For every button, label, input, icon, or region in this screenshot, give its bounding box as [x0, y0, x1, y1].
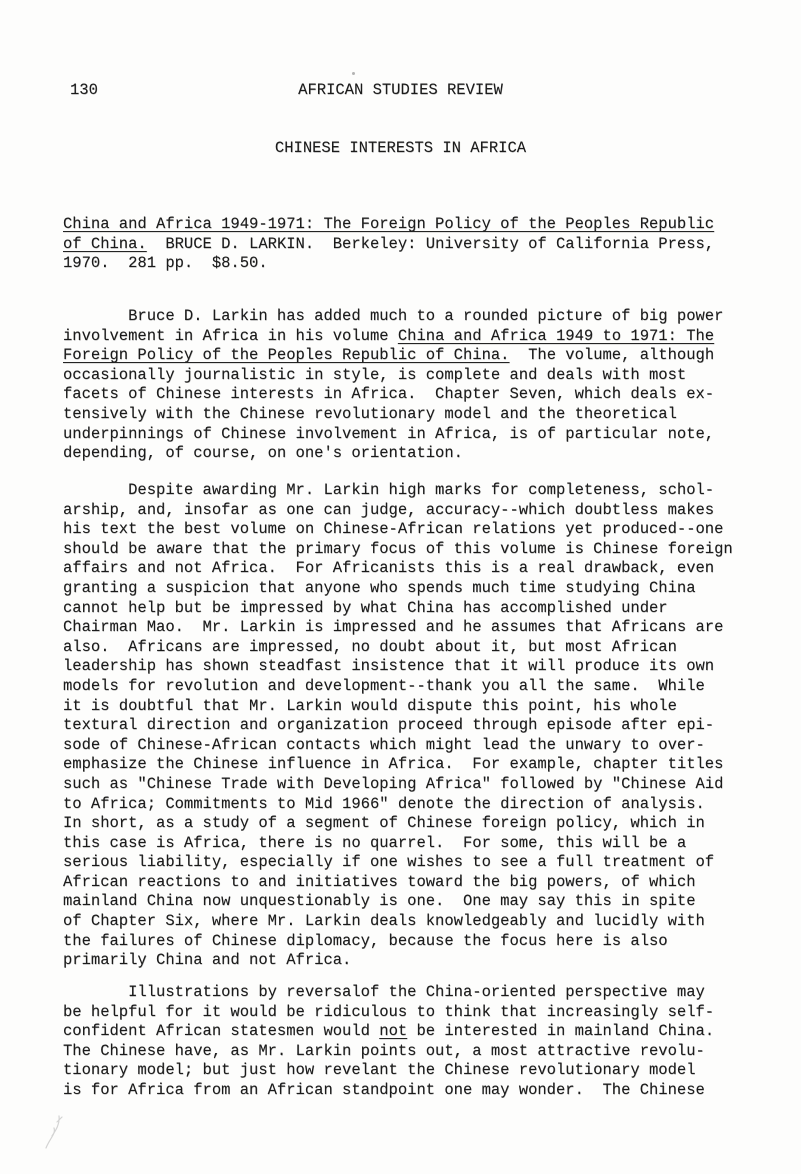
- text-segment: The volume, although: [509, 346, 714, 364]
- text-line: affairs and not Africa. For Africanists …: [63, 559, 733, 579]
- text-line: also. Africans are impressed, no doubt a…: [63, 638, 733, 658]
- text-line: such as "Chinese Trade with Developing A…: [63, 775, 733, 795]
- text-segment: In short, as a study of a segment of Chi…: [63, 814, 705, 832]
- text-segment: facets of Chinese interests in Africa. C…: [63, 385, 714, 403]
- text-line: this case is Africa, there is no quarrel…: [63, 834, 733, 854]
- text-line: underpinnings of Chinese involvement in …: [63, 425, 723, 445]
- journal-header: AFRICAN STUDIES REVIEW: [0, 81, 801, 101]
- text-line: of China. BRUCE D. LARKIN. Berkeley: Uni…: [63, 235, 714, 255]
- text-line: primarily China and not Africa.: [63, 951, 733, 971]
- text-line: serious liability, especially if one wis…: [63, 853, 733, 873]
- text-line: it is doubtful that Mr. Larkin would dis…: [63, 697, 733, 717]
- text-line: sode of Chinese-African contacts which m…: [63, 736, 733, 756]
- text-line: Foreign Policy of the Peoples Republic o…: [63, 346, 723, 366]
- text-line: In short, as a study of a segment of Chi…: [63, 814, 733, 834]
- text-segment: Bruce D. Larkin has added much to a roun…: [63, 307, 723, 325]
- text-segment: such as "Chinese Trade with Developing A…: [63, 775, 723, 793]
- text-segment: affairs and not Africa. For Africanists …: [63, 559, 714, 577]
- text-line: Illustrations by reversalof the China-or…: [63, 983, 714, 1003]
- text-line: 1970. 281 pp. $8.50.: [63, 254, 714, 274]
- text-segment: granting a suspicion that anyone who spe…: [63, 579, 696, 597]
- text-segment: should be aware that the primary focus o…: [63, 540, 733, 558]
- text-segment: tionary model; but just how revelant the…: [63, 1061, 696, 1079]
- text-line: China and Africa 1949-1971: The Foreign …: [63, 215, 714, 235]
- text-segment: emphasize the Chinese influence in Afric…: [63, 755, 723, 773]
- text-segment: 1970. 281 pp. $8.50.: [63, 254, 268, 272]
- text-segment: also. Africans are impressed, no doubt a…: [63, 638, 677, 656]
- text-line: granting a suspicion that anyone who spe…: [63, 579, 733, 599]
- review-paragraph-1: Bruce D. Larkin has added much to a roun…: [63, 307, 723, 464]
- text-segment: leadership has shown steadfast insistenc…: [63, 657, 714, 675]
- text-line: tensively with the Chinese revolutionary…: [63, 405, 723, 425]
- text-segment: Illustrations by reversalof the China-or…: [63, 983, 705, 1001]
- text-line: emphasize the Chinese influence in Afric…: [63, 755, 733, 775]
- review-paragraph-2: Despite awarding Mr. Larkin high marks f…: [63, 481, 733, 971]
- text-line: Despite awarding Mr. Larkin high marks f…: [63, 481, 733, 501]
- text-segment: sode of Chinese-African contacts which m…: [63, 736, 705, 754]
- article-title: CHINESE INTERESTS IN AFRICA: [0, 139, 801, 159]
- underlined-text: China and Africa 1949 to 1971: The: [398, 327, 714, 345]
- text-line: facets of Chinese interests in Africa. C…: [63, 385, 723, 405]
- text-line: tionary model; but just how revelant the…: [63, 1061, 714, 1081]
- text-segment: primarily China and not Africa.: [63, 951, 351, 969]
- underlined-text: of China.: [63, 235, 147, 253]
- text-line: his text the best volume on Chinese-Afri…: [63, 520, 733, 540]
- text-line: confident African statesmen would not be…: [63, 1022, 714, 1042]
- text-line: leadership has shown steadfast insistenc…: [63, 657, 733, 677]
- text-segment: models for revolution and development--t…: [63, 677, 705, 695]
- text-line: to Africa; Commitments to Mid 1966" deno…: [63, 795, 733, 815]
- text-line: models for revolution and development--t…: [63, 677, 733, 697]
- text-segment: be helpful for it would be ridiculous to…: [63, 1003, 714, 1021]
- text-segment: Despite awarding Mr. Larkin high marks f…: [63, 481, 714, 499]
- text-segment: The Chinese have, as Mr. Larkin points o…: [63, 1042, 705, 1060]
- text-segment: it is doubtful that Mr. Larkin would dis…: [63, 697, 677, 715]
- text-line: is for Africa from an African standpoint…: [63, 1081, 714, 1101]
- book-citation-block: China and Africa 1949-1971: The Foreign …: [63, 215, 714, 274]
- text-segment: cannot help but be impressed by what Chi…: [63, 599, 668, 617]
- text-line: of Chapter Six, where Mr. Larkin deals k…: [63, 912, 733, 932]
- text-segment: his text the best volume on Chinese-Afri…: [63, 520, 723, 538]
- text-line: should be aware that the primary focus o…: [63, 540, 733, 560]
- underlined-text: Foreign Policy of the Peoples Republic o…: [63, 346, 509, 364]
- text-line: depending, of course, on one's orientati…: [63, 444, 723, 464]
- text-segment: to Africa; Commitments to Mid 1966" deno…: [63, 795, 705, 813]
- text-segment: confident African statesmen would: [63, 1022, 379, 1040]
- text-segment: underpinnings of Chinese involvement in …: [63, 425, 714, 443]
- text-line: Chairman Mao. Mr. Larkin is impressed an…: [63, 618, 733, 638]
- underlined-text: not: [379, 1022, 407, 1040]
- text-segment: mainland China now unquestionably is one…: [63, 892, 696, 910]
- scanned-journal-page: 130 AFRICAN STUDIES REVIEW CHINESE INTER…: [0, 0, 801, 1174]
- page-header: 130 AFRICAN STUDIES REVIEW: [0, 81, 801, 101]
- text-segment: of Chapter Six, where Mr. Larkin deals k…: [63, 912, 705, 930]
- text-line: Bruce D. Larkin has added much to a roun…: [63, 307, 723, 327]
- text-segment: depending, of course, on one's orientati…: [63, 444, 463, 462]
- review-paragraph-3: Illustrations by reversalof the China-or…: [63, 983, 714, 1101]
- text-line: textural direction and organization proc…: [63, 716, 733, 736]
- text-segment: serious liability, especially if one wis…: [63, 853, 714, 871]
- text-segment: Chairman Mao. Mr. Larkin is impressed an…: [63, 618, 723, 636]
- text-segment: occasionally journalistic in style, is c…: [63, 366, 686, 384]
- text-line: African reactions to and initiatives tow…: [63, 873, 733, 893]
- text-line: involvement in Africa in his volume Chin…: [63, 327, 723, 347]
- underlined-text: China and Africa 1949-1971: The Foreign …: [63, 215, 714, 233]
- text-segment: textural direction and organization proc…: [63, 716, 714, 734]
- text-line: the failures of Chinese diplomacy, becau…: [63, 932, 733, 952]
- text-segment: be interested in mainland China.: [407, 1022, 714, 1040]
- text-line: arship, and, insofar as one can judge, a…: [63, 501, 733, 521]
- text-line: occasionally journalistic in style, is c…: [63, 366, 723, 386]
- text-segment: tensively with the Chinese revolutionary…: [63, 405, 677, 423]
- text-line: mainland China now unquestionably is one…: [63, 892, 733, 912]
- scan-speck: [352, 72, 355, 75]
- text-line: cannot help but be impressed by what Chi…: [63, 599, 733, 619]
- text-line: The Chinese have, as Mr. Larkin points o…: [63, 1042, 714, 1062]
- text-segment: is for Africa from an African standpoint…: [63, 1081, 705, 1099]
- text-segment: involvement in Africa in his volume: [63, 327, 398, 345]
- text-segment: this case is Africa, there is no quarrel…: [63, 834, 686, 852]
- text-segment: the failures of Chinese diplomacy, becau…: [63, 932, 668, 950]
- text-segment: BRUCE D. LARKIN. Berkeley: University of…: [147, 235, 714, 253]
- text-segment: African reactions to and initiatives tow…: [63, 873, 696, 891]
- text-segment: arship, and, insofar as one can judge, a…: [63, 501, 714, 519]
- pen-mark: [38, 1108, 74, 1158]
- text-line: be helpful for it would be ridiculous to…: [63, 1003, 714, 1023]
